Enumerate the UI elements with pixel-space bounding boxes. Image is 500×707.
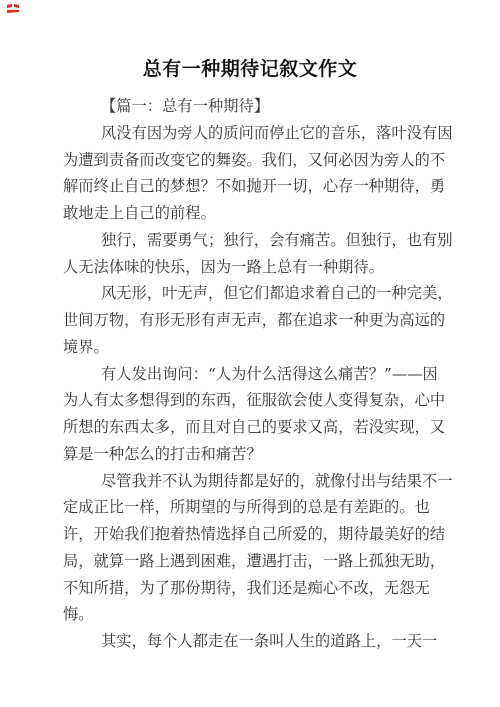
- text-line: 敢地走上自己的前程。: [63, 200, 460, 227]
- text-line: 算是一种怎么的打击和痛苦？: [63, 441, 460, 468]
- text-line: 为人有太多想得到的东西，征服欲会使人变得复杂，心中: [63, 387, 460, 414]
- text-line: 不知所措，为了那份期待，我们还是痴心不改，无怨无: [63, 575, 460, 602]
- text-line: 局，就算一路上遇到困难，遭遇打击，一路上孤独无助，: [63, 548, 460, 575]
- text-line: 为遭到责备而改变它的舞姿。我们，又何必因为旁人的不: [63, 147, 460, 174]
- text-line: 尽管我并不认为期待都是好的，就像付出与结果不一: [63, 468, 460, 495]
- text-line: 风没有因为旁人的质问而停止它的音乐，落叶没有因: [63, 120, 460, 147]
- text-line: 风无形，叶无声，但它们都追求着自己的一种完美，: [63, 280, 460, 307]
- essay-body: 【篇一：总有一种期待】 风没有因为旁人的质问而停止它的音乐，落叶没有因为遭到责备…: [0, 93, 500, 655]
- text-line: 人无法体味的快乐，因为一路上总有一种期待。: [63, 254, 460, 281]
- text-line: 世间万物，有形无形有声无声，都在追求一种更为高远的: [63, 307, 460, 334]
- text-line: 境界。: [63, 334, 460, 361]
- document-page: 总有一种期待记叙文作文 【篇一：总有一种期待】 风没有因为旁人的质问而停止它的音…: [0, 0, 500, 707]
- text-line: 所想的东西太多，而且对自己的要求又高，若没实现，又: [63, 414, 460, 441]
- text-line: 解而终止自己的梦想？不如抛开一切，心存一种期待，勇: [63, 173, 460, 200]
- document-title: 总有一种期待记叙文作文: [0, 0, 500, 81]
- text-line: 其实，每个人都走在一条叫人生的道路上，一天一: [63, 628, 460, 655]
- text-line: 许，开始我们抱着热情选择自己所爱的，期待最美好的结: [63, 521, 460, 548]
- text-line: 有人发出询问：“人为什么活得这么痛苦？”——因: [63, 361, 460, 388]
- text-line: 悔。: [63, 601, 460, 628]
- red-corner-watermark-icon: [6, 3, 20, 14]
- text-line: 定成正比一样，所期望的与所得到的总是有差距的。也: [63, 494, 460, 521]
- section-heading: 【篇一：总有一种期待】: [63, 93, 460, 120]
- text-line: 独行，需要勇气；独行，会有痛苦。但独行，也有别: [63, 227, 460, 254]
